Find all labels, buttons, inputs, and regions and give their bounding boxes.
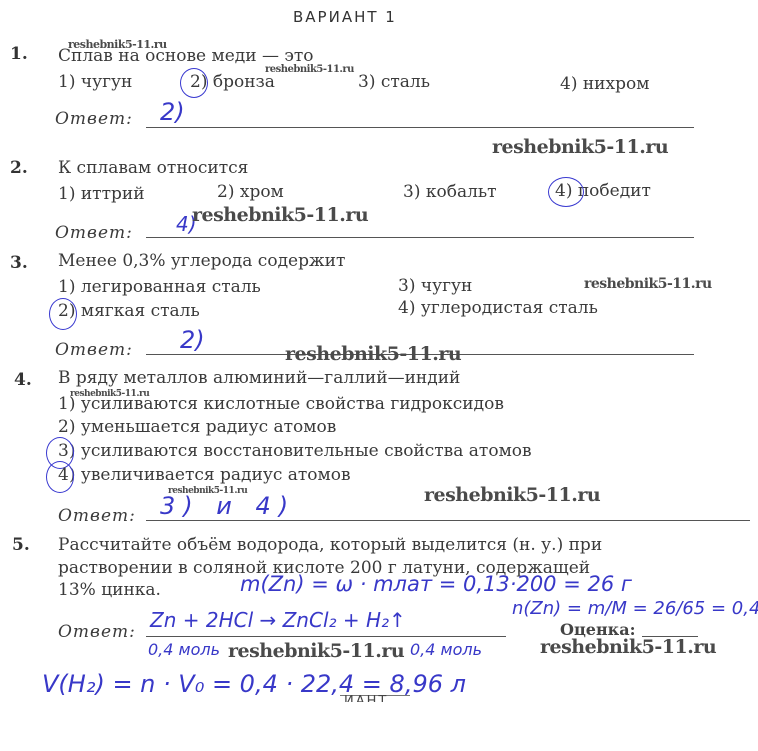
- answer-line: [146, 636, 506, 637]
- option-1: 1) чугун: [58, 72, 132, 92]
- watermark: reshebnik5-11.ru: [424, 484, 600, 506]
- handwritten-answer: 3) и 4): [160, 492, 296, 520]
- cut-off-text: ИАНТ: [344, 694, 388, 702]
- question-number: 3.: [10, 253, 28, 273]
- watermark: reshebnik5-11.ru: [584, 276, 712, 292]
- option-2: 2) хром: [217, 182, 284, 202]
- option-2: 2) уменьшается радиус атомов: [58, 417, 336, 437]
- option-4: 4) увеличивается радиус атомов: [58, 465, 351, 485]
- question-text: К сплавам относится: [58, 158, 248, 178]
- answer-circle: [49, 298, 77, 330]
- option-1: 1) легированная сталь: [58, 277, 261, 297]
- option-3: 3) кобальт: [403, 182, 497, 202]
- option-1: 1) иттрий: [58, 184, 145, 204]
- question-text: Менее 0,3% углерода содержит: [58, 251, 345, 271]
- handwritten-reaction: Zn + 2HCl → ZnCl₂ + H₂↑: [150, 608, 406, 632]
- question-text-line: Рассчитайте объём водорода, который выде…: [58, 533, 602, 557]
- answer-circle: [46, 461, 74, 493]
- option-3: 3) сталь: [358, 72, 430, 92]
- question-number: 5.: [12, 535, 30, 555]
- watermark: reshebnik5-11.ru: [265, 64, 354, 75]
- handwritten-mass-calc: m(Zn) = ω · mлат = 0,13·200 = 26 г: [240, 572, 632, 596]
- question-text: В ряду металлов алюминий—галлий—индий: [58, 368, 460, 388]
- watermark: reshebnik5-11.ru: [68, 38, 167, 51]
- watermark: reshebnik5-11.ru: [540, 636, 716, 658]
- handwritten-moles-zn: 0,4 моль: [148, 640, 220, 659]
- watermark: reshebnik5-11.ru: [192, 204, 368, 226]
- option-1: 1) усиливаются кислотные свойства гидрок…: [58, 394, 504, 414]
- handwritten-moles-calc: n(Zn) = m/M = 26/65 = 0,4 моль: [512, 598, 758, 619]
- handwritten-answer: 2): [160, 98, 185, 126]
- option-4: 4) углеродистая сталь: [398, 298, 598, 318]
- answer-label: Ответ:: [55, 340, 133, 360]
- answer-label: Ответ:: [55, 109, 133, 129]
- option-3: 3) чугун: [398, 276, 472, 296]
- watermark: reshebnik5-11.ru: [228, 640, 404, 662]
- watermark: reshebnik5-11.ru: [492, 136, 668, 158]
- answer-label: Ответ:: [58, 506, 136, 526]
- question-text-line: 13% цинка.: [58, 578, 161, 602]
- answer-circle: [180, 68, 208, 98]
- option-3: 3) усиливаются восстановительные свойств…: [58, 441, 532, 461]
- watermark: reshebnik5-11.ru: [285, 343, 461, 365]
- variant-title: ВАРИАНТ 1: [293, 8, 397, 26]
- answer-label: Ответ:: [55, 223, 133, 243]
- answer-line: [146, 237, 694, 238]
- option-4: 4) нихром: [560, 74, 649, 94]
- answer-line: [146, 520, 750, 521]
- answer-circle: [548, 177, 584, 207]
- question-number: 1.: [10, 44, 28, 64]
- handwritten-volume-calc: V(H₂) = n · V₀ = 0,4 · 22,4 = 8,96 л: [42, 670, 466, 698]
- option-2: 2) мягкая сталь: [58, 301, 200, 321]
- question-number: 4.: [14, 370, 32, 390]
- answer-line: [146, 127, 694, 128]
- handwritten-moles-h2: 0,4 моль: [410, 640, 482, 659]
- answer-label: Ответ:: [58, 622, 136, 642]
- handwritten-answer: 2): [180, 326, 205, 354]
- question-number: 2.: [10, 158, 28, 178]
